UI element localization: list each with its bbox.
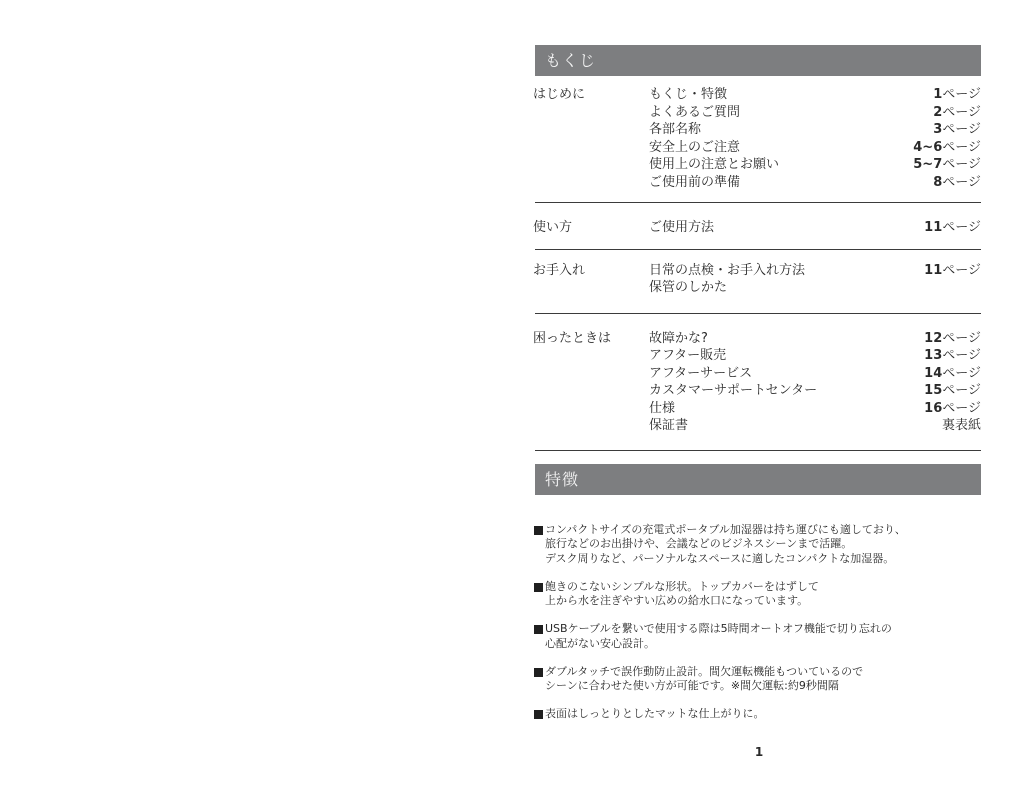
toc-entry-page: 1ページ — [933, 86, 981, 104]
toc-entry: 保管のしかた — [649, 279, 981, 297]
toc-group-intro: はじめに もくじ・特徴 1ページ よくあるご質問 2ページ 各部名称 3ページ … — [533, 86, 981, 202]
toc-entry-page: 2ページ — [933, 104, 981, 122]
toc-entry-page: 13ページ — [924, 347, 981, 365]
toc-category: はじめに — [533, 86, 649, 191]
toc-entry: カスタマーサポートセンター 15ページ — [649, 382, 981, 400]
toc-entry-title: ご使用前の準備 — [649, 174, 740, 192]
toc-entry-page: 3ページ — [933, 121, 981, 139]
toc-entry: よくあるご質問 2ページ — [649, 104, 981, 122]
toc-entries: 故障かな? 12ページ アフター販売 13ページ アフターサービス 14ページ … — [649, 330, 981, 435]
toc-entry: 使用上の注意とお願い 5~7ページ — [649, 156, 981, 174]
toc-entry-title: もくじ・特徴 — [649, 86, 727, 104]
square-bullet-icon — [534, 625, 543, 634]
toc-entry: アフターサービス 14ページ — [649, 365, 981, 383]
toc-entry-title: 各部名称 — [649, 121, 701, 139]
toc-entry: 安全上のご注意 4~6ページ — [649, 139, 981, 157]
toc-entry-title: 保管のしかた — [649, 279, 727, 297]
feature-item: 表面はしっとりとしたマットな仕上がりに。 — [533, 707, 981, 722]
toc-entry-page: 11ページ — [924, 219, 981, 237]
toc-entry: もくじ・特徴 1ページ — [649, 86, 981, 104]
toc-group-troubleshooting: 困ったときは 故障かな? 12ページ アフター販売 13ページ アフターサービス… — [533, 314, 981, 450]
toc-entry-title: 日常の点検・お手入れ方法 — [649, 262, 805, 280]
toc-header: もくじ — [535, 45, 981, 76]
toc-entry-page: 14ページ — [924, 365, 981, 383]
square-bullet-icon — [534, 526, 543, 535]
features-list: コンパクトサイズの充電式ポータブル加湿器は持ち運びにも適しており、 旅行などのお… — [533, 523, 981, 722]
toc-entry-page: 12ページ — [924, 330, 981, 348]
feature-item: ダブルタッチで誤作動防止設計。間欠運転機能もついているので シーンに合わせた使い… — [533, 665, 981, 694]
features-title: 特徴 — [545, 470, 579, 489]
toc-entry-page: 5~7ページ — [913, 156, 981, 174]
toc-entry: 各部名称 3ページ — [649, 121, 981, 139]
toc-entry-title: よくあるご質問 — [649, 104, 740, 122]
toc-entry: 故障かな? 12ページ — [649, 330, 981, 348]
square-bullet-icon — [534, 583, 543, 592]
toc-entry-title: カスタマーサポートセンター — [649, 382, 817, 400]
toc-entry: 日常の点検・お手入れ方法 11ページ — [649, 262, 981, 280]
toc-category: 困ったときは — [533, 330, 649, 435]
toc-entries: ご使用方法 11ページ — [649, 219, 981, 237]
toc-entry-title: 使用上の注意とお願い — [649, 156, 779, 174]
toc-entry: アフター販売 13ページ — [649, 347, 981, 365]
toc-entry-title: アフターサービス — [649, 365, 752, 383]
toc-entry-page: 15ページ — [924, 382, 981, 400]
toc-entry-title: 仕様 — [649, 400, 675, 418]
toc-entry-page: 16ページ — [924, 400, 981, 418]
toc-entries: 日常の点検・お手入れ方法 11ページ 保管のしかた — [649, 262, 981, 297]
toc-group-care: お手入れ 日常の点検・お手入れ方法 11ページ 保管のしかた — [533, 250, 981, 313]
toc-entry-page: 裏表紙 — [942, 417, 981, 435]
feature-item: USBケーブルを繋いで使用する際は5時間オートオフ機能で切り忘れの 心配がない安… — [533, 622, 981, 651]
toc-entry-title: ご使用方法 — [649, 219, 714, 237]
manual-page: もくじ はじめに もくじ・特徴 1ページ よくあるご質問 2ページ 各部名称 3… — [533, 45, 981, 735]
toc-entry: ご使用方法 11ページ — [649, 219, 981, 237]
toc-entry: ご使用前の準備 8ページ — [649, 174, 981, 192]
page-number: 1 — [535, 745, 983, 759]
divider — [535, 450, 981, 451]
toc-entry-title: 安全上のご注意 — [649, 139, 740, 157]
toc-title: もくじ — [545, 51, 596, 70]
feature-item: 飽きのこないシンプルな形状。トップカバーをはずして 上から水を注ぎやすい広めの給… — [533, 580, 981, 609]
toc-group-usage: 使い方 ご使用方法 11ページ — [533, 203, 981, 249]
toc-entry-page: 4~6ページ — [913, 139, 981, 157]
feature-item: コンパクトサイズの充電式ポータブル加湿器は持ち運びにも適しており、 旅行などのお… — [533, 523, 981, 567]
toc-entry-title: 保証書 — [649, 417, 688, 435]
square-bullet-icon — [534, 668, 543, 677]
features-header: 特徴 — [535, 464, 981, 495]
square-bullet-icon — [534, 710, 543, 719]
toc-entry-title: 故障かな? — [649, 330, 708, 348]
toc-category: お手入れ — [533, 262, 649, 297]
toc-entry-title: アフター販売 — [649, 347, 726, 365]
toc-category: 使い方 — [533, 219, 649, 237]
toc-entry-page: 8ページ — [933, 174, 981, 192]
toc-entry: 保証書 裏表紙 — [649, 417, 981, 435]
toc-entry: 仕様 16ページ — [649, 400, 981, 418]
toc-entry-page: 11ページ — [924, 262, 981, 280]
toc-entries: もくじ・特徴 1ページ よくあるご質問 2ページ 各部名称 3ページ 安全上のご… — [649, 86, 981, 191]
